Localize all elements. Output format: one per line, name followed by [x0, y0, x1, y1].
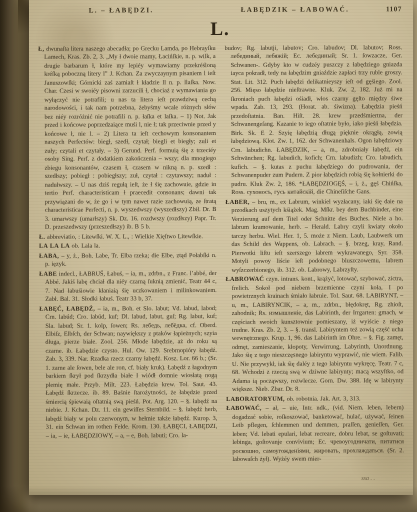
dictionary-entry: budov; Rg. labutji, labutov; Cro. labudo… [225, 44, 403, 197]
entry-headword: ŁABA, [39, 252, 59, 259]
dictionary-entry: ŁABOWAĆ, – ał, – uie, Intr. ndk., (vid. … [226, 405, 404, 465]
dictionary-entry: ŁABĘĆ, ŁABĘDŹ, – ia, m., Boh. et Slo. la… [39, 305, 217, 442]
dictionary-entry: Ł. abbreviatio, : Litewſki. W. X. L., : … [39, 233, 217, 242]
entry-headword: Ł, [38, 46, 44, 53]
entry-body: ob. Lala la. [72, 243, 100, 250]
entry-body: dwunaſta litera naszego abecadła; po Gre… [44, 45, 216, 231]
section-letter-heading: L. [37, 18, 403, 44]
entry-body: abbreviatio, : Litewſki. W. X. L., : Wie… [47, 233, 203, 241]
dictionary-entry: ŁABER, – bru, m., ex Labrum, winkiel wyz… [225, 198, 403, 275]
page-number: 1107 [386, 5, 402, 13]
left-column: Ł, dwunaſta litera naszego abecadła; po … [38, 45, 217, 496]
entry-headword: ŁABĘĆ, ŁABĘDŹ, [39, 305, 95, 312]
running-head-left: L. – ŁABĘDZI. [37, 6, 205, 15]
entry-headword: ŁABER, [225, 199, 249, 206]
text-columns: Ł, dwunaſta litera naszego abecadła; po … [37, 42, 405, 496]
entry-headword: ŁABE [39, 270, 57, 277]
entry-body: ob. robotnia. Jak. Art. 3, 313. [287, 395, 361, 402]
dictionary-entry: Ł, dwunaſta litera naszego abecadła; po … [38, 45, 216, 232]
entry-body: budov; Rg. labutji, labutov; Cro. labudo… [225, 44, 403, 196]
dictionary-entry: ŁABE indecl., ŁABRUŚ, Łabuś, – ia, m., z… [39, 270, 217, 305]
entry-body: – ia, m., Boh. et Slo. labut; Vd. labud,… [45, 305, 217, 440]
entry-headword: Ł. [39, 233, 45, 240]
entry-headword: LA LA LA [39, 243, 70, 250]
entry-body: – ał, – uie, Intr. ndk., (vid. Niem. leb… [232, 405, 404, 464]
entry-body: czyn. intrans. kont., krążyć, lotować, s… [232, 275, 404, 393]
dictionary-page: L. – ŁABĘDZI. ŁABĘDZIK – ŁABOWAĆ. 1107 L… [29, 0, 413, 495]
entry-headword: ŁABROWAĆ [226, 276, 264, 283]
entry-body: – y, ż., Boh. Labe, Tr. Elba rzeka; die … [45, 252, 216, 268]
entry-headword: ŁABOWAĆ, [226, 405, 262, 412]
book-page-scan: L. – ŁABĘDZI. ŁABĘDZIK – ŁABOWAĆ. 1107 L… [0, 0, 417, 512]
dictionary-entry: ŁABROWAĆ czyn. intrans. kont., krążyć, l… [226, 275, 404, 395]
dictionary-entry: LA LA LA ob. Lala la. [39, 242, 217, 251]
page-content: L. – ŁABĘDZI. ŁABĘDZIK – ŁABOWAĆ. 1107 L… [37, 5, 405, 488]
running-head-right: ŁABĘDZIK – ŁABOWAĆ. [216, 5, 373, 14]
running-head-row: L. – ŁABĘDZI. ŁABĘDZIK – ŁABOWAĆ. 1107 [37, 5, 403, 20]
entry-headword: LABORATORYUM, [226, 396, 285, 403]
catchword: ssa . . [361, 476, 375, 482]
dictionary-entry: LABORATORYUM, ob. robotnia. Jak. Art. 3,… [226, 395, 404, 404]
entry-body: – bru, m., ex Labrum, winkiel wyzłacany,… [231, 198, 403, 274]
right-column: budov; Rg. labutji, labutov; Cro. labudo… [225, 44, 404, 495]
entry-body: indecl., ŁABRUŚ, Łabuś, – ia, m., zdrbn.… [45, 270, 217, 303]
dictionary-entry: ŁABA, – y, ż., Boh. Labe, Tr. Elba rzeka… [39, 252, 217, 270]
